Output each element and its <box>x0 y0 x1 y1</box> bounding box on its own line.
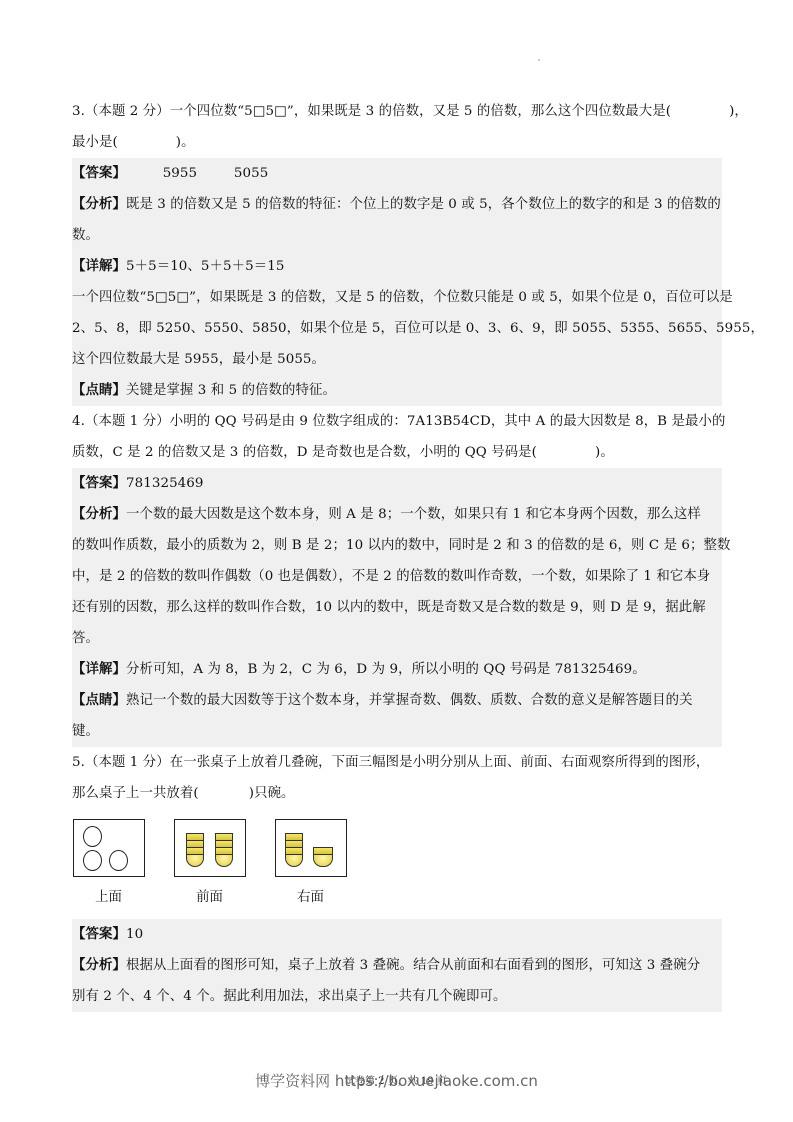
bowl-stack-circle-icon <box>83 850 102 871</box>
bowl-stack-circle-icon <box>83 826 102 847</box>
detail-tag: 【详解】 <box>72 258 126 274</box>
figure-label: 右面 <box>297 886 324 905</box>
detail-tag: 【详解】 <box>72 661 126 677</box>
question-stem: 5.（本题 1 分）在一张桌子上放着几叠碗，下面三幅图是小明分别从上面、前面、右… <box>72 747 722 778</box>
figure-label: 上面 <box>95 886 122 905</box>
analysis-line: 别有 2 个、4 个、4 个。据此利用加法，求出桌子上一共有几个碗即可。 <box>72 981 722 1012</box>
analysis-line: 还有别的因数，那么这样的数叫作合数，10 以内的数中，既是奇数又是合数的数是 9… <box>72 592 722 623</box>
figure-top-view: 上面 <box>72 819 145 915</box>
analysis-line: 数。 <box>72 220 722 251</box>
answer-tag: 【答案】 <box>72 165 126 181</box>
answer-tag: 【答案】 <box>72 475 126 491</box>
exam-page: 3.（本题 2 分）一个四位数“5□5□”，如果既是 3 的倍数，又是 5 的倍… <box>72 96 722 1012</box>
analysis-line: 【分析】一个数的最大因数是这个数本身，则 A 是 8；一个数，如果只有 1 和它… <box>72 499 722 530</box>
answer-value: 5055 <box>234 166 268 181</box>
answer-tag: 【答案】 <box>72 926 126 942</box>
answer-line: 【答案】781325469 <box>72 468 722 499</box>
question-3: 3.（本题 2 分）一个四位数“5□5□”，如果既是 3 的倍数，又是 5 的倍… <box>72 96 722 406</box>
bowl-stack-icon <box>215 833 233 867</box>
tip-line: 键。 <box>72 716 722 747</box>
detail-line: 2、5、8，即 5250、5550、5850，如果个位是 5，百位可以是 0、3… <box>72 313 722 344</box>
question-5: 5.（本题 1 分）在一张桌子上放着几叠碗，下面三幅图是小明分别从上面、前面、右… <box>72 747 722 1012</box>
question-stem: 4.（本题 1 分）小明的 QQ 号码是由 9 位数字组成的：7A13B54CD… <box>72 406 722 437</box>
view-figures: 上面 前面 <box>72 819 722 915</box>
answer-value: 781325469 <box>126 476 204 491</box>
analysis-tag: 【分析】 <box>72 196 126 212</box>
solution-block: 【答案】10 【分析】根据从上面看的图形可知，桌子上放着 3 叠碗。结合从前面和… <box>72 919 722 1012</box>
figure-label: 前面 <box>196 886 223 905</box>
figure-front-view: 前面 <box>173 819 246 915</box>
tip-tag: 【点睛】 <box>72 692 126 708</box>
question-stem-cont: 质数，C 是 2 的倍数又是 3 的倍数，D 是奇数也是合数，小明的 QQ 号码… <box>72 437 722 468</box>
solution-block: 【答案】781325469 【分析】一个数的最大因数是这个数本身，则 A 是 8… <box>72 468 722 747</box>
detail-line: 一个四位数“5□5□”，如果既是 3 的倍数，又是 5 的倍数，个位数只能是 0… <box>72 282 722 313</box>
detail-line: 这个四位数最大是 5955，最小是 5055。 <box>72 344 722 375</box>
analysis-tag: 【分析】 <box>72 957 126 973</box>
question-stem-cont: 那么桌子上一共放着()只碗。 <box>72 778 722 809</box>
bowl-stack-icon <box>285 833 303 867</box>
answer-line: 【答案】 5955 5055 <box>72 158 722 189</box>
scan-artifact-dot <box>538 59 540 61</box>
analysis-line: 的数叫作质数，最小的质数为 2，则 B 是 2；10 以内的数中，同时是 2 和… <box>72 530 722 561</box>
detail-line: 【详解】5＋5＝10、5＋5＋5＝15 <box>72 251 722 282</box>
detail-line: 【详解】分析可知，A 为 8，B 为 2，C 为 6，D 为 9，所以小明的 Q… <box>72 654 722 685</box>
bowl-stack-icon <box>313 847 333 867</box>
tip-line: 【点睛】熟记一个数的最大因数等于这个数本身，并掌握奇数、偶数、质数、合数的意义是… <box>72 685 722 716</box>
solution-block: 【答案】 5955 5055 【分析】既是 3 的倍数又是 5 的倍数的特征：个… <box>72 158 722 406</box>
watermark: 博学资料网 https://boxuejiaoke.com.cn <box>0 1070 793 1091</box>
bowl-stack-circle-icon <box>109 850 128 871</box>
tip-line: 【点睛】关键是掌握 3 和 5 的倍数的特征。 <box>72 375 722 406</box>
top-view-image <box>73 819 145 877</box>
tip-tag: 【点睛】 <box>72 382 126 398</box>
analysis-line: 答。 <box>72 623 722 654</box>
answer-value: 10 <box>126 927 143 942</box>
analysis-line: 中，是 2 的倍数的数叫作偶数（0 也是偶数），不是 2 的倍数的数叫作奇数，一… <box>72 561 722 592</box>
figure-right-view: 右面 <box>274 819 347 915</box>
bowl-stack-icon <box>186 833 204 867</box>
answer-value: 5955 <box>163 166 197 181</box>
question-stem: 3.（本题 2 分）一个四位数“5□5□”，如果既是 3 的倍数，又是 5 的倍… <box>72 96 722 127</box>
analysis-line: 【分析】根据从上面看的图形可知，桌子上放着 3 叠碗。结合从前面和右面看到的图形… <box>72 950 722 981</box>
analysis-tag: 【分析】 <box>72 506 126 522</box>
answer-line: 【答案】10 <box>72 919 722 950</box>
front-view-image <box>174 819 246 877</box>
question-stem-cont: 最小是()。 <box>72 127 722 158</box>
question-4: 4.（本题 1 分）小明的 QQ 号码是由 9 位数字组成的：7A13B54CD… <box>72 406 722 747</box>
right-view-image <box>275 819 347 877</box>
analysis-line: 【分析】既是 3 的倍数又是 5 的倍数的特征：个位上的数字是 0 或 5，各个… <box>72 189 722 220</box>
